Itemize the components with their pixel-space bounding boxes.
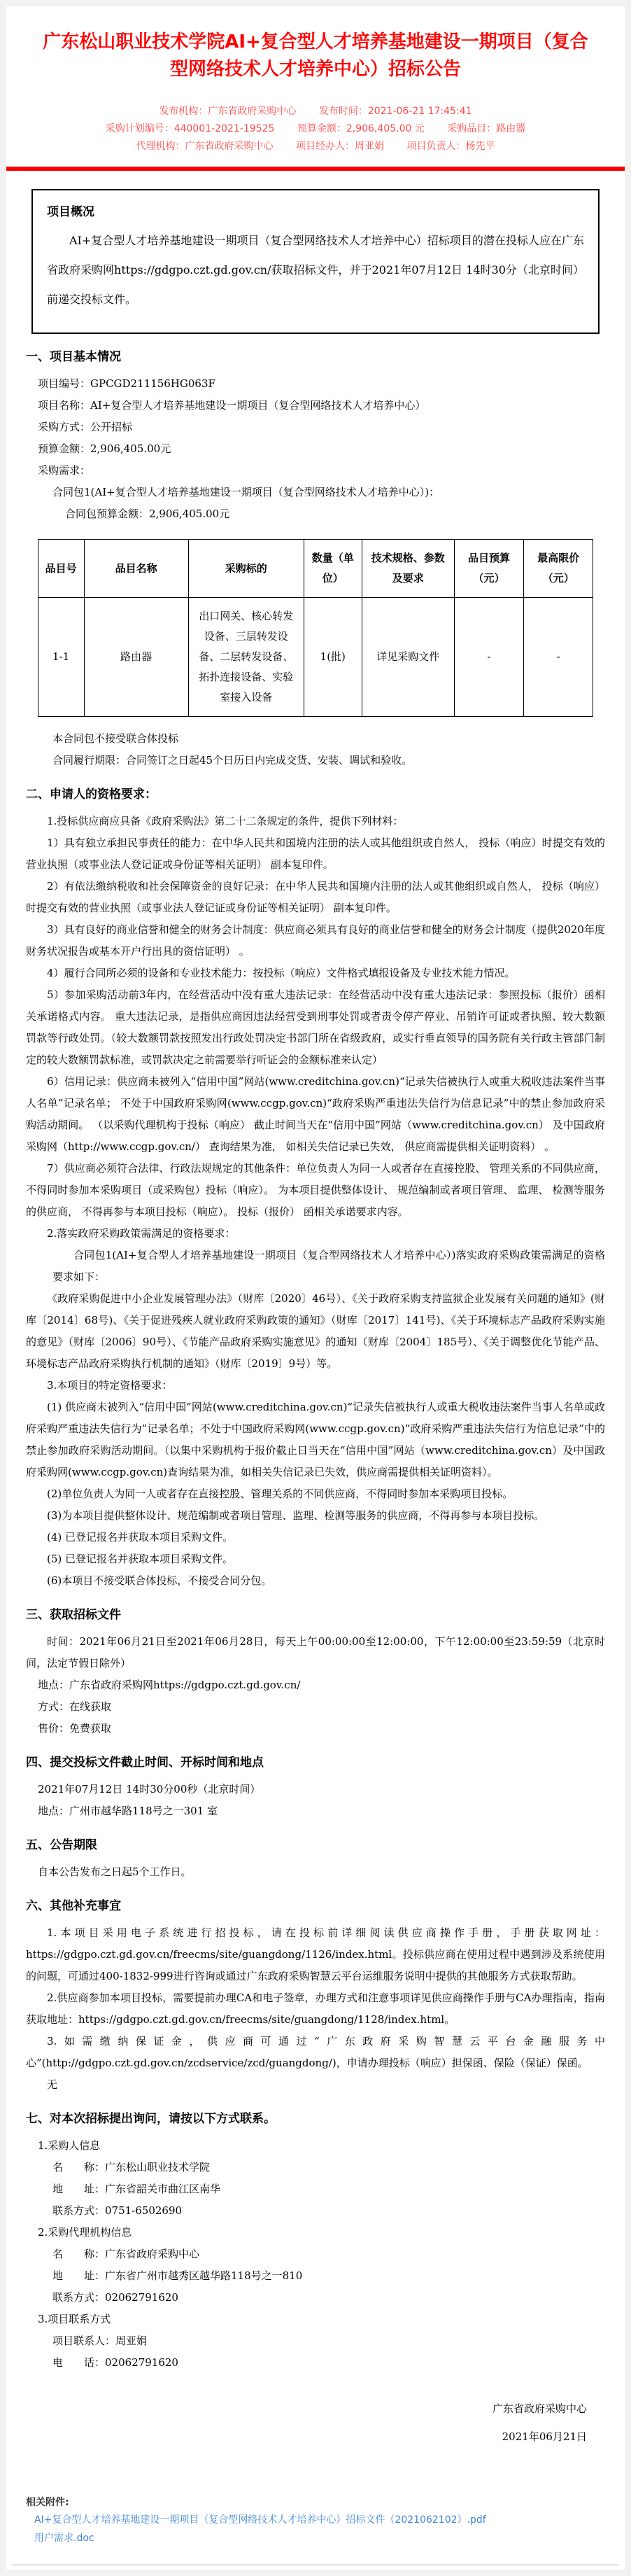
note-no-consortium: 本合同包不接受联合体投标 (26, 728, 605, 750)
s2-para: 2）有依法缴纳税收和社会保障资金的良好记录：在中华人民共和国境内注册的法人或其他… (26, 876, 605, 919)
s3-method: 方式：在线获取 (26, 1696, 605, 1718)
s2-para: 5）参加采购活动前3年内，在经营活动中没有重大违法记录：在经营活动中没有重大违法… (26, 984, 605, 1071)
meta-publish-time: 发布时间：2021-06-21 17:45:41 (319, 106, 472, 117)
agency-address: 地 址：广东省广州市越秀区越华路118号之一810 (26, 2265, 605, 2287)
meta-row: 发布机构：广东省政府采购中心 发布时间：2021-06-21 17:45:41 (6, 103, 625, 120)
meta-budget: 预算金额：2,906,405.00 元 (297, 123, 425, 134)
meta-row: 代理机构：广东省政府采购中心 项目经办人：周亚娟 项目负责人：杨先平 (6, 138, 625, 155)
project-contact-person: 项目联系人：周亚娟 (26, 2330, 605, 2352)
project-contact-title: 3.项目联系方式 (26, 2309, 605, 2330)
cell-item-name: 路由器 (84, 598, 188, 717)
meta-agency: 代理机构：广东省政府采购中心 (136, 141, 274, 152)
s2-para: (3)为本项目提供整体设计、规范编制或者项目管理、监理、检测等服务的供应商，不得… (26, 1505, 605, 1527)
s3-price: 售价：免费获取 (26, 1718, 605, 1739)
signature-org: 广东省政府采购中心 (26, 2395, 587, 2423)
field-budget: 预算金额：2,906,405.00元 (26, 438, 605, 460)
purchaser-address: 地 址：广东省韶关市曲江区南华 (26, 2178, 605, 2200)
s5-period: 自本公告发布之日起5个工作日。 (26, 1861, 605, 1883)
s2-para: 1）具有独立承担民事责任的能力：在中华人民共和国境内注册的法人或其他组织或自然人… (26, 832, 605, 876)
items-table-header-row: 品目号 品目名称 采购标的 数量（单位） 技术规格、参数及要求 品目预算（元） … (38, 540, 593, 598)
s2-para: (5) 已登记报名并获取本项目采购文件。 (26, 1548, 605, 1570)
package-budget: 合同包预算金额：2,906,405.00元 (26, 503, 605, 525)
col-item-number: 品目号 (38, 540, 84, 598)
s2-para: 合同包1(AI+复合型人才培养基地建设一期项目（复合型网络技术人才培养中心）)落… (26, 1245, 605, 1288)
purchaser-name: 名 称：广东松山职业技术学院 (26, 2157, 605, 2178)
attachments-label: 相关附件: (26, 2494, 605, 2511)
s2-para: (2)单位负责人为同一人或者存在直接控股、管理关系的不同供应商，不得同时参加本采… (26, 1483, 605, 1505)
field-project-name: 项目名称：AI+复合型人才培养基地建设一期项目（复合型网络技术人才培养中心） (26, 395, 605, 416)
meta-category: 采购品目：路由器 (447, 123, 525, 134)
s6-para: 1.本项目采用电子系统进行招投标，请在投标前详细阅读供应商操作手册，手册获取网址… (26, 1922, 605, 1987)
agency-name: 名 称：广东省政府采购中心 (26, 2243, 605, 2265)
section3-heading: 三、获取招标文件 (26, 1604, 605, 1625)
announcement-page: 广东松山职业技术学院AI+复合型人才培养基地建设一期项目（复合型网络技术人才培养… (6, 6, 625, 2570)
header-meta: 发布机构：广东省政府采购中心 发布时间：2021-06-21 17:45:41 … (6, 103, 625, 155)
s2-para: 《政府采购促进中小企业发展管理办法》（财库〔2020〕46号）、《关于政府采购支… (26, 1288, 605, 1375)
cell-quantity: 1(批) (304, 598, 362, 717)
s2-para: 4）履行合同所必须的设备和专业技术能力：按投标（响应）文件格式填报设备及专业技术… (26, 962, 605, 984)
signature-block: 广东省政府采购中心 2021年06月21日 (26, 2395, 605, 2451)
s6-para: 2.供应商参加本项目投标，需要提前办理CA和电子签章，办理方式和注意事项详见供应… (26, 1987, 605, 2031)
attachments-section: 相关附件: AI+复合型人才培养基地建设一期项目（复合型网络技术人才培养中心）招… (6, 2494, 625, 2557)
signature-date: 2021年06月21日 (26, 2423, 587, 2451)
table-row: 1-1 路由器 出口网关、核心转发设备、三层转发设备、二层转发设备、拓扑连接设备… (38, 598, 593, 717)
s4-deadline: 2021年07月12日 14时30分00秒（北京时间） (26, 1779, 605, 1800)
s2-para: 6）信用记录：供应商未被列入“信用中国”网站(www.creditchina.g… (26, 1071, 605, 1158)
agency-info-title: 2.采购代理机构信息 (26, 2222, 605, 2243)
page-title: 广东松山职业技术学院AI+复合型人才培养基地建设一期项目（复合型网络技术人才培养… (6, 6, 625, 83)
project-contact-phone: 电 话：02062791620 (26, 2352, 605, 2374)
agency-contact: 联系方式：02062791620 (26, 2287, 605, 2309)
s3-time: 时间：2021年06月21日至2021年06月28日，每天上午00:00:00至… (26, 1631, 605, 1674)
s2-para: (1) 供应商未被列入“信用中国”网站(www.creditchina.gov.… (26, 1396, 605, 1483)
s2-para: 3.本项目的特定资格要求： (26, 1375, 605, 1396)
cell-item-budget: - (454, 598, 523, 717)
s6-para: 3.如需缴纳保证金，供应商可通过“广东政府采购智慧云平台金融服务中心”(http… (26, 2031, 605, 2074)
section5-heading: 五、公告期限 (26, 1835, 605, 1856)
cell-max-price: - (524, 598, 593, 717)
purchaser-info-title: 1.采购人信息 (26, 2135, 605, 2157)
cell-specs: 详见采购文件 (362, 598, 454, 717)
col-procurement-target: 采购标的 (188, 540, 304, 598)
footer-divider (12, 2564, 619, 2565)
section4-heading: 四、提交投标文件截止时间、开标时间和地点 (26, 1752, 605, 1773)
items-table: 品目号 品目名称 采购标的 数量（单位） 技术规格、参数及要求 品目预算（元） … (38, 539, 594, 717)
s2-para: (6)本项目不接受联合体投标，不接受合同分包。 (26, 1570, 605, 1592)
meta-publisher: 发布机构：广东省政府采购中心 (159, 106, 296, 117)
meta-row: 采购计划编号：440001-2021-19525 预算金额：2,906,405.… (6, 120, 625, 138)
s2-para: 7）供应商必须符合法律、行政法规规定的其他条件：单位负责人为同一人或者存在直接控… (26, 1158, 605, 1223)
field-project-number: 项目编号：GPCGD211156HG063F (26, 373, 605, 395)
note-contract-period: 合同履行期限：合同签订之日起45个日历日内完成交货、安装、调试和验收。 (26, 750, 605, 771)
s2-para: 3）具有良好的商业信誉和健全的财务会计制度：供应商必须具有良好的商业信誉和健全的… (26, 919, 605, 962)
col-quantity: 数量（单位） (304, 540, 362, 598)
document-body: 项目概况 AI+复合型人才培养基地建设一期项目（复合型网络技术人才培养中心）招标… (6, 171, 625, 2451)
field-requirements: 采购需求： (26, 460, 605, 482)
col-item-name: 品目名称 (84, 540, 188, 598)
overview-text: AI+复合型人才培养基地建设一期项目（复合型网络技术人才培养中心）招标项目的潜在… (47, 226, 584, 314)
col-item-budget: 品目预算（元） (454, 540, 523, 598)
s4-place: 地点：广州市越华路118号之一301 室 (26, 1800, 605, 1822)
field-procurement-method: 采购方式：公开招标 (26, 416, 605, 438)
s2-para: 1.投标供应商应具备《政府采购法》第二十二条规定的条件，提供下列材料： (26, 811, 605, 832)
col-specs: 技术规格、参数及要求 (362, 540, 454, 598)
s3-place: 地点：广东省政府采购网https://gdgpo.czt.gd.gov.cn/ (26, 1674, 605, 1696)
section7-heading: 七、对本次招标提出询问，请按以下方式联系。 (26, 2108, 605, 2129)
cell-procurement-target: 出口网关、核心转发设备、三层转发设备、二层转发设备、拓扑连接设备、实验室接入设备 (188, 598, 304, 717)
cell-item-number: 1-1 (38, 598, 84, 717)
meta-handler: 项目经办人：周亚娟 (296, 141, 384, 152)
attachment-link-doc[interactable]: 用户需求.doc (34, 2529, 605, 2547)
overview-heading: 项目概况 (47, 202, 584, 219)
section6-heading: 六、其他补充事宜 (26, 1896, 605, 1917)
project-overview-box: 项目概况 AI+复合型人才培养基地建设一期项目（复合型网络技术人才培养中心）招标… (31, 189, 600, 334)
attachment-link-pdf[interactable]: AI+复合型人才培养基地建设一期项目（复合型网络技术人才培养中心）招标文件（20… (34, 2511, 605, 2529)
s2-para: (4) 已登记报名并获取本项目采购文件。 (26, 1527, 605, 1548)
purchaser-contact: 联系方式：0751-6502690 (26, 2200, 605, 2222)
col-max-price: 最高限价（元） (524, 540, 593, 598)
section2-heading: 二、申请人的资格要求： (26, 784, 605, 805)
s2-para: 2.落实政府采购政策需满足的资格要求： (26, 1223, 605, 1245)
section1-heading: 一、项目基本情况 (26, 346, 605, 367)
package-line: 合同包1(AI+复合型人才培养基地建设一期项目（复合型网络技术人才培养中心）)： (26, 482, 605, 503)
s6-none: 无 (26, 2074, 605, 2096)
meta-manager: 项目负责人：杨先平 (406, 141, 495, 152)
meta-plan-number: 采购计划编号：440001-2021-19525 (106, 123, 275, 134)
